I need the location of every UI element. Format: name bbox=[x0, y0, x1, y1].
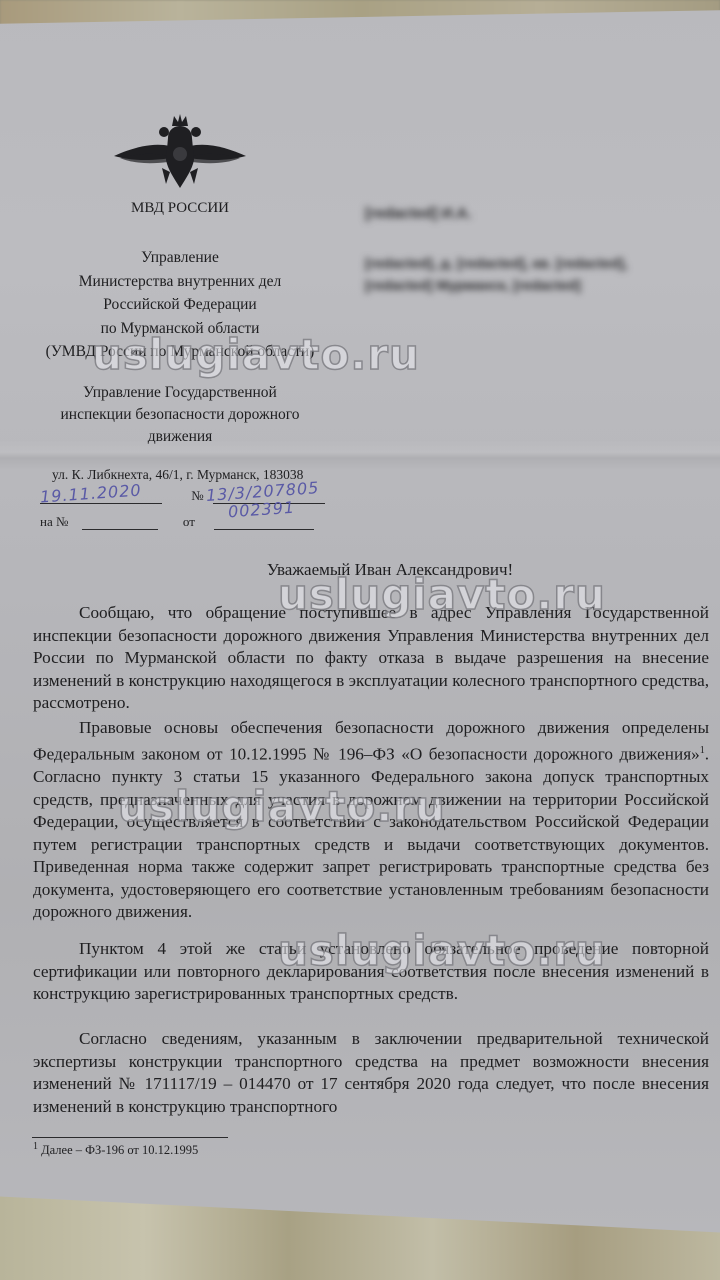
addressee-address: [redacted], д. [redacted], кв. [redacted… bbox=[365, 252, 628, 296]
paragraph-2-continued: . Согласно пункту 3 статьи 15 указанного… bbox=[33, 744, 709, 921]
number-label: № bbox=[191, 488, 203, 503]
paragraph-2: Правовые основы обеспечения безопасности… bbox=[33, 717, 709, 924]
footnote: 1 Далее – ФЗ-196 от 10.12.1995 bbox=[33, 1141, 198, 1158]
addressee-address-line: [redacted], д. [redacted], кв. [redacted… bbox=[365, 252, 628, 274]
org-line: по Мурманской области bbox=[20, 317, 340, 341]
in-reply-label: на № bbox=[40, 514, 68, 529]
addressee-block-redacted: [redacted] И.А. [redacted], д. [redacted… bbox=[365, 205, 628, 296]
org-line: (УМВД России по Мурманской области) bbox=[20, 340, 340, 364]
paragraph-1: Сообщаю, что обращение поступившее в адр… bbox=[33, 602, 709, 715]
footnote-text: Далее – ФЗ-196 от 10.12.1995 bbox=[41, 1143, 198, 1157]
agency-name: МВД РОССИИ bbox=[110, 200, 250, 217]
sub-org-line: Управление Государственной bbox=[20, 382, 340, 404]
addressee-address-line: [redacted] Мурманск, [redacted] bbox=[365, 274, 628, 296]
addressee-name: [redacted] И.А. bbox=[365, 205, 628, 222]
sub-org-line: движения bbox=[20, 426, 340, 448]
salutation: Уважаемый Иван Александрович! bbox=[0, 560, 720, 580]
in-reply-number-line bbox=[82, 528, 158, 530]
organization-name-block: Управление Министерства внутренних дел Р… bbox=[20, 246, 340, 364]
from-label: от bbox=[183, 514, 195, 529]
paragraph-2-start: Правовые основы обеспечения безопасности… bbox=[33, 718, 709, 763]
org-line: Управление bbox=[20, 246, 340, 270]
sender-address: ул. К. Либкнехта, 46/1, г. Мурманск, 183… bbox=[52, 467, 303, 483]
in-reply-date-line bbox=[214, 528, 314, 530]
footnote-mark: 1 bbox=[33, 1141, 38, 1152]
double-headed-eagle-emblem-icon bbox=[112, 112, 248, 194]
paragraph-3: Пунктом 4 этой же статьи установлено обя… bbox=[33, 938, 709, 1006]
footnote-divider bbox=[32, 1137, 228, 1138]
paragraph-4: Согласно сведениям, указанным в заключен… bbox=[33, 1028, 709, 1118]
sub-organization-name-block: Управление Государственной инспекции без… bbox=[20, 382, 340, 448]
sub-org-line: инспекции безопасности дорожного bbox=[20, 404, 340, 426]
org-line: Российской Федерации bbox=[20, 293, 340, 317]
org-line: Министерства внутренних дел bbox=[20, 270, 340, 294]
in-reply-registration-row: на № от bbox=[40, 514, 314, 530]
